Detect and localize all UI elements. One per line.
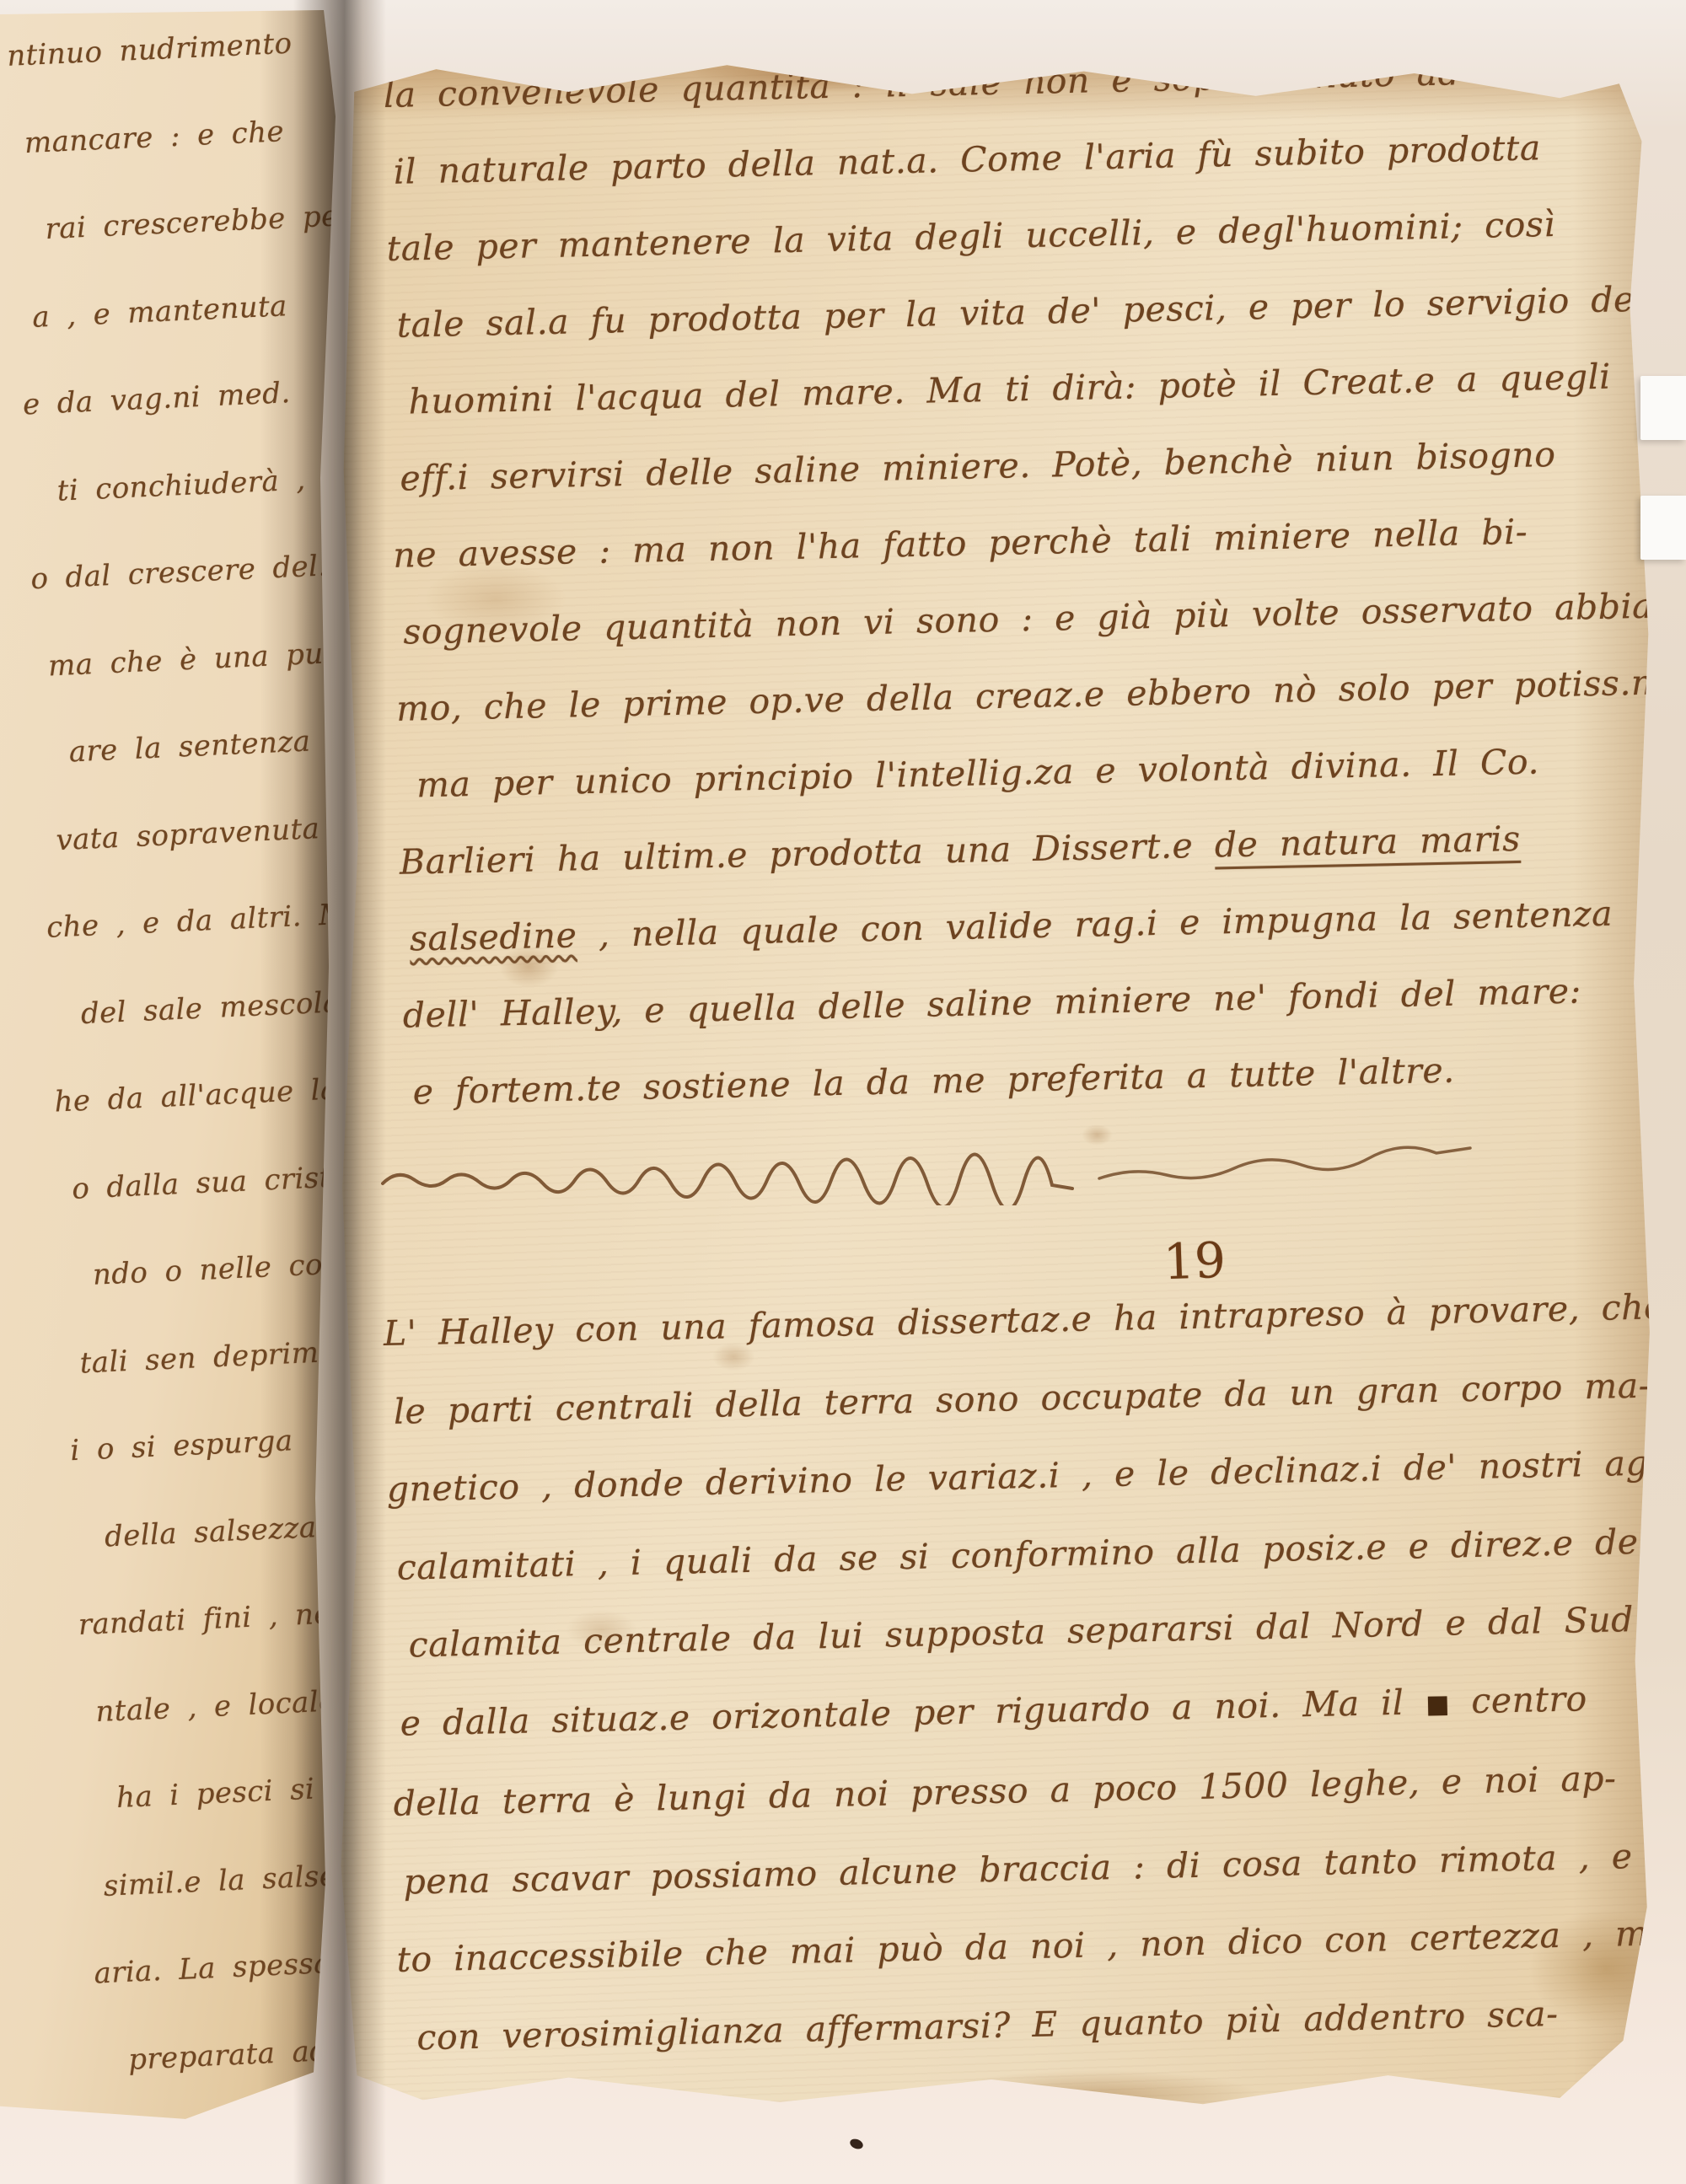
facing-page-text: ntinuo nudrimentomancare : e cherai cres…	[5, 0, 400, 2105]
bookmark-tab-icon	[1640, 496, 1686, 560]
text-segment: randati fini , ner	[78, 1596, 346, 1642]
manuscript-page: la convenevole quantità : il sale non è …	[330, 59, 1652, 2112]
text-segment: ma che è una pur	[47, 636, 338, 683]
text-segment: are la sentenza	[68, 724, 311, 769]
text-segment: tale per mantenere la vita degli uccelli…	[386, 204, 1555, 269]
text-segment: o dal crescere del.	[30, 549, 329, 596]
manuscript-line: e da vag.ni med.	[21, 348, 325, 449]
manuscript-line: ma che è una pur	[33, 610, 336, 711]
text-segment: il naturale parto della nat.a. Come l'ar…	[393, 127, 1541, 191]
paragraph-1: la convenevole quantità : il sale non è …	[383, 31, 1644, 1131]
manuscript-line: ndo o nelle cose	[61, 1220, 364, 1321]
manuscript-line: he da all'acque la	[52, 1046, 356, 1147]
text-segment: e da vag.ni med.	[22, 376, 291, 421]
manuscript-line: che , e da altri. M	[45, 872, 348, 973]
text-segment: dell' Halley, e quella delle saline mini…	[402, 970, 1581, 1035]
text-segment: aria. La spessa	[94, 1946, 332, 1991]
wavy-rule-icon	[378, 1145, 1482, 1205]
text-segment: pena scavar possiamo alcune braccia : di…	[403, 1833, 1686, 1902]
ink-blot: ◼	[1426, 1687, 1451, 1721]
facing-page-fragment: ntinuo nudrimentomancare : e cherai cres…	[0, 10, 337, 2136]
text-segment: mo, che le prime op.ve della creaz.e ebb…	[396, 662, 1686, 729]
text-segment: he da all'acque la	[54, 1072, 339, 1119]
text-segment: preparata ad o	[127, 2032, 363, 2077]
text-segment: ndo o nelle cose	[92, 1247, 356, 1292]
text-segment: ne avesse : ma non l'ha fatto perchè tal…	[393, 512, 1528, 576]
manuscript-line: rai crescerebbe per	[13, 174, 316, 276]
manuscript-line: are la sentenza	[37, 697, 341, 798]
manuscript-line: ntale , e locale , e	[80, 1655, 384, 1757]
text-segment: e dalla situaz.e orizontale per riguardo…	[400, 1682, 1426, 1743]
text-segment: L' Halley con una famosa dissertaz.e ha …	[383, 1286, 1665, 1354]
underlined-text: salsedine	[409, 915, 577, 958]
text-segment: mancare : e che	[24, 115, 285, 160]
text-segment: la convenevole quantità : il sale non è …	[383, 49, 1625, 115]
manuscript-line: a , e mantenuta	[17, 261, 320, 362]
bookmark-tab-icon	[1640, 376, 1686, 440]
manuscript-line: della salsezza d.	[72, 1482, 376, 1583]
text-segment: gnetico , donde derivino le variaz.i , e…	[386, 1442, 1683, 1510]
text-segment: rai crescerebbe per	[45, 199, 353, 247]
ink-speck	[849, 2137, 865, 2150]
manuscript-line: del sale mescolat.	[49, 958, 352, 1060]
manuscript-line: tali sen deprima	[64, 1307, 368, 1409]
manuscript-line: o dal crescere del.	[29, 523, 332, 624]
paragraph-2: L' Halley con una famosa dissertaz.e ha …	[383, 1269, 1638, 2077]
text-segment: centro	[1449, 1678, 1587, 1721]
underlined-text: de natura maris	[1214, 818, 1521, 866]
text-segment: sognevole quantità non vi sono : e già p…	[403, 585, 1666, 652]
text-segment: ti conchiuderà , che	[56, 459, 376, 507]
text-segment: tali sen deprima	[79, 1334, 337, 1380]
text-segment: ha i pesci si tro	[115, 1769, 376, 1815]
manuscript-line: i o si espurga	[68, 1394, 372, 1495]
text-segment: vata sopravenuta	[56, 812, 320, 857]
text-segment: a , e mantenuta	[31, 289, 287, 335]
text-segment: to inaccessibile che mai può da noi , no…	[396, 1913, 1670, 1980]
manuscript-line: ntinuo nudrimento	[5, 0, 309, 100]
text-segment: le parti centrali della terra sono occup…	[393, 1365, 1651, 1431]
text-segment: del sale mescolat.	[80, 985, 362, 1031]
manuscript-line: o dalla sua crist.e	[56, 1133, 360, 1234]
text-segment: ma per unico principio l'intellig.za e v…	[416, 741, 1540, 805]
text-segment: che , e da altri. M	[46, 898, 349, 945]
text-segment: simil.e la salsed.	[103, 1857, 365, 1902]
manuscript-line: randati fini , ner	[77, 1569, 380, 1670]
text-segment: ntinuo nudrimento	[6, 27, 293, 73]
text-segment: calamita centrale da lui supposta separa…	[408, 1599, 1634, 1665]
manuscript-line: ti conchiuderà , che	[24, 436, 328, 537]
manuscript-line: mancare : e che	[9, 87, 313, 188]
text-segment: con verosimiglianza affermarsi? E quanto…	[416, 1993, 1559, 2057]
text-segment: , nella quale con valide rag.i e impugna…	[577, 893, 1614, 956]
manuscript-line: ha i pesci si tro	[84, 1743, 388, 1844]
text-segment: tale sal.a fu prodotta per la vita de' p…	[396, 278, 1680, 346]
text-segment: eff.i servirsi delle saline miniere. Pot…	[400, 434, 1556, 499]
manuscript-scan: { "page_number": "19", "colors": { "ink"…	[0, 0, 1686, 2184]
text-segment: calamitati , i quali da se si conformino…	[396, 1520, 1683, 1587]
text-segment: huomini l'acqua del mare. Ma ti dirà: po…	[408, 357, 1611, 422]
text-segment: i o si espurga	[70, 1424, 294, 1468]
text-segment: o dalla sua crist.e	[71, 1159, 358, 1205]
text-segment: e fortem.te sostiene la da me preferita …	[412, 1050, 1455, 1113]
text-segment: Barlieri ha ultim.e prodotta una Dissert…	[399, 825, 1215, 883]
manuscript-line: vata sopravenuta	[40, 784, 344, 885]
page-number: 19	[1162, 1232, 1227, 1291]
text-segment: della terra è lungi da noi presso a poco…	[393, 1757, 1617, 1823]
text-segment: della salsezza d.	[104, 1508, 362, 1553]
